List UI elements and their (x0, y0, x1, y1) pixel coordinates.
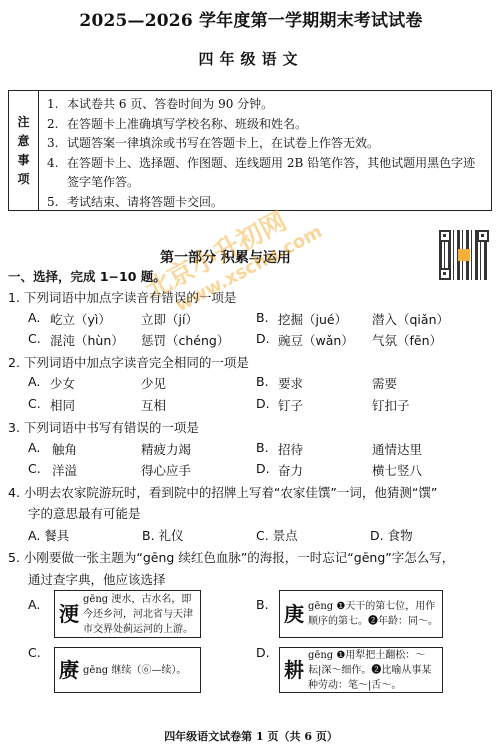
q5-option-c-dictionary-entry: 赓 gēng 继续（⑥—续）。 (54, 647, 201, 693)
q2-option-d-label: D. (256, 396, 270, 411)
q1-option-c-word1: 混沌（hùn） (50, 331, 124, 349)
dict-definition: gēng 浭水，古水名，即今还乡河，河北省与天津市交界处蓟运河的上游。 (83, 592, 196, 637)
q1-option-d-word2: 气氛（fēn） (372, 331, 442, 349)
q1-option-a-word1: 屹立（yì） (50, 310, 111, 328)
q1-option-b-word1: 挖掘（jué） (278, 310, 347, 328)
notice-num: 3. (47, 134, 67, 154)
qr-code-icon (439, 230, 489, 280)
notice-num: 4. (47, 154, 67, 193)
q5-option-d-dictionary-entry: 耕 gēng ❶用犁把土翻松：～耘|深～细作。❷比喻从事某种劳动：笔～|舌～。 (279, 647, 443, 693)
qr-corner-icon (439, 268, 451, 280)
q2-option-c-label: C. (28, 396, 41, 411)
notice-item: 4.在答题卡上、选择题、作图题、连线题用 2B 铅笔作答，其他试题用黑色字迹签字… (47, 154, 485, 193)
q2-option-d-word2: 钉扣子 (372, 396, 410, 414)
notice-item: 2.在答题卡上准确填写学校名称、班级和姓名。 (47, 115, 485, 135)
q1-option-a-word2: 立即（jí） (141, 310, 198, 328)
question-1-stem: 1. 下列词语中加点字读音有错误的一项是 (8, 288, 236, 306)
question-2-stem: 2. 下列词语中加点字读音完全相同的一项是 (8, 353, 249, 371)
notice-side-char: 注 (17, 113, 29, 132)
dict-headword: 耕 (284, 663, 304, 678)
notice-num: 1. (47, 95, 67, 115)
question-3-stem: 3. 下列词语中书写有错误的一项是 (8, 418, 199, 436)
q3-option-c-label: C. (28, 461, 41, 476)
section-instruction: 一、选择，完成 1−10 题。 (8, 267, 166, 285)
question-4-stem-line2: 字的意思最有可能是 (28, 504, 141, 522)
dict-headword: 赓 (59, 663, 79, 678)
notice-text: 考试结束、请将答题卡交回。 (67, 193, 223, 213)
q3-option-d-word2: 横七竖八 (372, 461, 422, 479)
notice-box: 注 意 事 项 1.本试卷共 6 页、答卷时间为 90 分钟。 2.在答题卡上准… (8, 90, 492, 211)
notice-text: 在答题卡上准确填写学校名称、班级和姓名。 (67, 115, 307, 135)
notice-item: 3.试题答案一律填涂或书写在答题卡上，在试卷上作答无效。 (47, 134, 485, 154)
notice-num: 2. (47, 115, 67, 135)
question-5-stem-line2: 通过查字典，他应该选择 (28, 570, 166, 588)
qr-corner-icon (439, 230, 451, 242)
q1-option-d-word1: 豌豆（wǎn） (278, 331, 354, 349)
q2-option-b-word2: 需要 (372, 374, 397, 392)
notice-side-char: 项 (17, 170, 29, 189)
q5-option-b-label: B. (256, 597, 269, 612)
q4-option-a: A. 餐具 (28, 526, 69, 544)
q2-option-a-label: A. (28, 374, 40, 389)
q5-option-b-dictionary-entry: 庚 gēng ❶天干的第七位，用作顺序的第七。❷年龄：同～。 (279, 590, 443, 638)
q2-option-a-word1: 少女 (50, 374, 75, 392)
q1-option-d-label: D. (256, 331, 270, 346)
q3-option-c-word1: 洋溢 (52, 461, 77, 479)
question-5-stem-line1: 5. 小刚要做一张主题为“gēng 续红色血脉”的海报，一时忘记“gēng”字怎… (8, 548, 454, 566)
q5-option-d-label: D. (256, 645, 270, 660)
q3-option-a-word1: 触角 (52, 440, 77, 458)
dict-definition: gēng 继续（⑥—续）。 (83, 663, 186, 678)
notice-text: 本试卷共 6 页、答卷时间为 90 分钟。 (67, 95, 273, 115)
q3-option-a-label: A. (28, 440, 40, 455)
dict-headword: 庚 (284, 607, 304, 622)
q1-option-a-label: A. (28, 310, 40, 325)
q2-option-c-word1: 相同 (50, 396, 75, 414)
q3-option-b-word2: 通情达里 (372, 440, 422, 458)
q3-option-b-label: B. (256, 440, 269, 455)
exam-subtitle: 四年级语文 (0, 48, 502, 69)
q3-option-a-word2: 精疲力竭 (141, 440, 191, 458)
q2-option-b-label: B. (256, 374, 269, 389)
q1-option-c-word2: 惩罚（chéng） (141, 331, 229, 349)
q1-option-b-label: B. (256, 310, 269, 325)
notice-side-char: 事 (17, 151, 29, 170)
exam-title: 2025—2026 学年度第一学期期末考试试卷 (0, 6, 502, 31)
notice-item: 5.考试结束、请将答题卡交回。 (47, 193, 485, 213)
notice-list: 1.本试卷共 6 页、答卷时间为 90 分钟。 2.在答题卡上准确填写学校名称、… (39, 91, 491, 210)
notice-side-label: 注 意 事 项 (9, 91, 39, 210)
notice-text: 在答题卡上、选择题、作图题、连线题用 2B 铅笔作答，其他试题用黑色字迹签字笔作… (67, 154, 485, 193)
q5-option-a-dictionary-entry: 浭 gēng 浭水，古水名，即今还乡河，河北省与天津市交界处蓟运河的上游。 (54, 590, 201, 638)
dict-definition: gēng ❶天干的第七位，用作顺序的第七。❷年龄：同～。 (308, 599, 438, 629)
qr-corner-icon (477, 230, 489, 242)
question-4-stem-line1: 4. 小明去农家院游玩时，看到院中的招牌上写着“农家佳馔”一词，他猜测“馔” (8, 483, 437, 501)
q1-option-b-word2: 潜入（qiǎn） (372, 310, 449, 328)
q2-option-a-word2: 少见 (141, 374, 166, 392)
q3-option-c-word2: 得心应手 (141, 461, 191, 479)
q2-option-c-word2: 互相 (141, 396, 166, 414)
q2-option-d-word1: 钉子 (278, 396, 303, 414)
notice-side-char: 意 (17, 132, 29, 151)
q4-option-c: C. 景点 (256, 526, 298, 544)
q3-option-d-label: D. (256, 461, 270, 476)
q4-option-d: D. 食物 (370, 526, 413, 544)
q3-option-d-word1: 奋力 (278, 461, 303, 479)
dict-definition: gēng ❶用犁把土翻松：～耘|深～细作。❷比喻从事某种劳动：笔～|舌～。 (308, 648, 438, 693)
q4-option-b: B. 礼仪 (142, 526, 184, 544)
q3-option-b-word1: 招待 (278, 440, 303, 458)
dict-headword: 浭 (59, 607, 79, 622)
q5-option-c-label: C. (28, 645, 41, 660)
page-footer: 四年级语文试卷第 1 页（共 6 页） (0, 728, 502, 744)
qr-logo-icon (458, 249, 470, 261)
q2-option-b-word1: 要求 (278, 374, 303, 392)
q5-option-a-label: A. (28, 597, 40, 612)
section-title: 第一部分 积累与运用 (160, 247, 291, 267)
notice-num: 5. (47, 193, 67, 213)
q1-option-c-label: C. (28, 331, 41, 346)
notice-item: 1.本试卷共 6 页、答卷时间为 90 分钟。 (47, 95, 485, 115)
notice-text: 试题答案一律填涂或书写在答题卡上，在试卷上作答无效。 (67, 134, 379, 154)
